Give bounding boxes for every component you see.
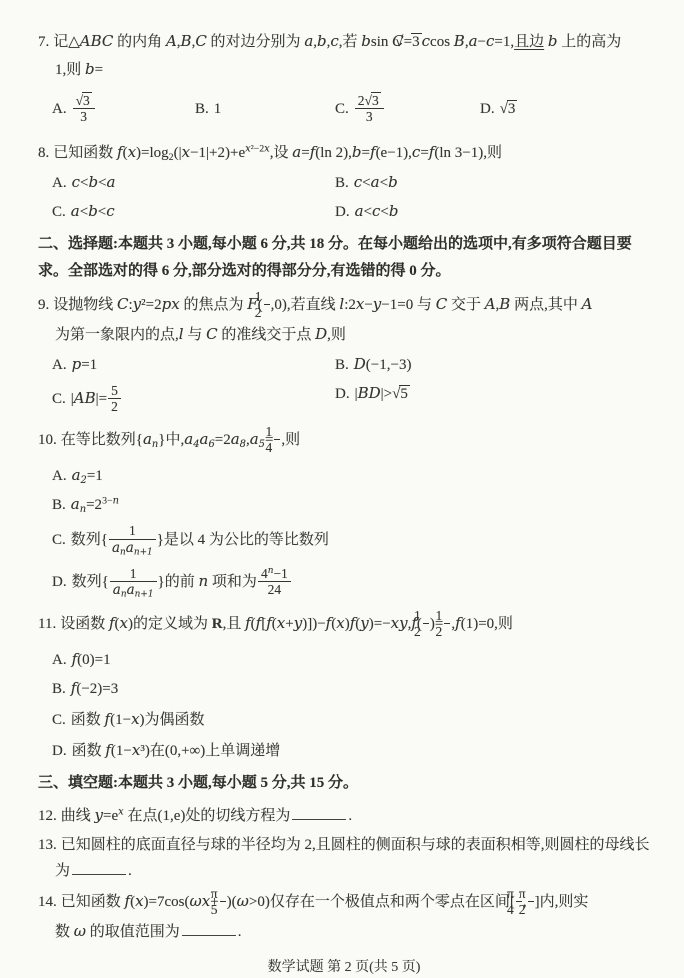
option-label: C. [52, 391, 66, 407]
question-12: 12.曲线 y=ex 在点(1,e)处的切线方程为. [38, 802, 650, 830]
question-number: 13. [38, 837, 57, 853]
question-14: 14.已知函数 f(x)=7cos(ωx+π5)(ω>0)仅存在一个极值点和两个… [38, 887, 650, 946]
option-a: A.√33 [52, 94, 195, 125]
option-text: a2=1 [72, 468, 103, 484]
option-text: an=23−n [71, 497, 119, 513]
option-text: 1 [214, 101, 222, 117]
option-label: A. [52, 175, 67, 191]
question-stem: 记△ABC 的内角 A,B,C 的对边分别为 a,b,c,若 bsin C=√3… [53, 34, 621, 78]
option-label: D. [52, 574, 67, 590]
option-label: A. [52, 101, 67, 117]
question-stem: 设抛物线 C:y²=2px 的焦点为 F(12,0),若直线 l:2x−y−1=… [53, 297, 592, 343]
option-text: D(−1,−3) [354, 357, 412, 373]
question-11-options: A.f(0)=1 B.f(−2)=3 C.函数 f(1−x)为偶函数 D.函数 … [52, 650, 650, 760]
option-a: A.c<b<a [52, 173, 335, 192]
option-text: 数列{1anan+1}是以 4 为公比的等比数列 [71, 532, 329, 548]
option-c: C.2√33 [335, 94, 480, 125]
option-text: √3 [500, 101, 518, 117]
option-b: B.f(−2)=3 [52, 679, 650, 698]
page-footer: 数学试题 第 2 页(共 5 页) [38, 956, 650, 976]
option-c: C.|AB|=52 [52, 384, 335, 415]
question-number: 7. [38, 34, 49, 50]
option-label: A. [52, 357, 67, 373]
option-text: p=1 [72, 357, 98, 373]
option-b: B.c<a<b [335, 173, 650, 192]
question-stem: 已知圆柱的底面直径与球的半径均为 2,且圆柱的侧面积与球的表面积相等,则圆柱的母… [55, 837, 650, 880]
question-8-options: A.c<b<a B.c<a<b C.a<b<c D.a<c<b [52, 173, 650, 221]
question-13: 13.已知圆柱的底面直径与球的半径均为 2,且圆柱的侧面积与球的表面积相等,则圆… [38, 832, 650, 885]
option-d: D.数列{1anan+1}的前 n 项和为4n−124 [52, 567, 650, 599]
option-label: B. [335, 175, 349, 191]
option-c: C.函数 f(1−x)为偶函数 [52, 708, 650, 729]
option-label: B. [52, 681, 66, 697]
exam-page: 7.记△ABC 的内角 A,B,C 的对边分别为 a,b,c,若 bsin C=… [0, 0, 684, 976]
option-label: D. [335, 204, 350, 220]
option-c: C.数列{1anan+1}是以 4 为公比的等比数列 [52, 524, 650, 556]
option-label: C. [52, 712, 66, 728]
option-d: D.a<c<b [335, 202, 650, 221]
question-9-options: A.p=1 B.D(−1,−3) C.|AB|=52 D.|BD|>√5 [52, 355, 650, 415]
option-label: B. [195, 101, 209, 117]
question-7: 7.记△ABC 的内角 A,B,C 的对边分别为 a,b,c,若 bsin C=… [38, 28, 650, 83]
option-text: |BD|>√5 [355, 386, 410, 402]
option-b: B.an=23−n [52, 495, 650, 514]
option-label: D. [335, 386, 350, 402]
option-text: a<c<b [355, 204, 399, 220]
question-number: 8. [38, 145, 49, 161]
question-11: 11.设函数 f(x)的定义域为 R,且 f(f[f(x+y)])−f(x)f(… [38, 609, 650, 640]
option-text: 数列{1anan+1}的前 n 项和为4n−124 [72, 574, 292, 590]
option-text: √33 [72, 101, 96, 117]
option-label: C. [52, 204, 66, 220]
option-label: D. [52, 743, 67, 759]
option-text: 函数 f(1−x)为偶函数 [71, 712, 205, 728]
question-number: 9. [38, 297, 49, 313]
question-stem: 已知函数 f(x)=log2(|x−1|+2)+ex²−2x,设 a=f(ln … [53, 145, 502, 161]
question-stem: 曲线 y=ex 在点(1,e)处的切线方程为. [61, 808, 352, 824]
question-number: 12. [38, 808, 57, 824]
option-label: A. [52, 652, 67, 668]
option-d: D.√3 [480, 101, 517, 118]
question-number: 11. [38, 616, 56, 632]
option-label: C. [335, 101, 349, 117]
option-text: a<b<c [71, 204, 115, 220]
option-text: |AB|=52 [71, 391, 122, 407]
question-stem: 设函数 f(x)的定义域为 R,且 f(f[f(x+y)])−f(x)f(y)=… [60, 616, 513, 632]
question-7-options: A.√33 B.1 C.2√33 D.√3 [52, 89, 650, 129]
option-text: f(−2)=3 [71, 681, 118, 697]
option-label: A. [52, 468, 67, 484]
question-stem: 在等比数列{an}中,a4a6=2a8,a5=14,则 [61, 432, 300, 448]
question-9: 9.设抛物线 C:y²=2px 的焦点为 F(12,0),若直线 l:2x−y−… [38, 290, 650, 349]
option-text: c<b<a [72, 175, 116, 191]
option-a: A.p=1 [52, 355, 335, 374]
option-label: D. [480, 101, 495, 117]
option-text: 2√33 [354, 101, 385, 117]
option-a: A.f(0)=1 [52, 650, 650, 669]
section-header-fill-blank: 三、填空题:本题共 3 小题,每小题 5 分,共 15 分。 [38, 770, 650, 797]
question-10-options: A.a2=1 B.an=23−n C.数列{1anan+1}是以 4 为公比的等… [52, 466, 650, 598]
option-d: D.函数 f(1−x³)在(0,+∞)上单调递增 [52, 739, 650, 760]
question-number: 10. [38, 432, 57, 448]
option-text: 函数 f(1−x³)在(0,+∞)上单调递增 [72, 743, 281, 759]
question-10: 10.在等比数列{an}中,a4a6=2a8,a5=14,则 [38, 425, 650, 456]
option-label: B. [52, 497, 66, 513]
option-d: D.|BD|>√5 [335, 384, 650, 415]
option-label: C. [52, 532, 66, 548]
option-a: A.a2=1 [52, 466, 650, 485]
option-b: B.D(−1,−3) [335, 355, 650, 374]
question-8: 8.已知函数 f(x)=log2(|x−1|+2)+ex²−2x,设 a=f(l… [38, 139, 650, 167]
option-label: B. [335, 357, 349, 373]
option-b: B.1 [195, 101, 335, 118]
option-text: f(0)=1 [72, 652, 111, 668]
option-c: C.a<b<c [52, 202, 335, 221]
question-stem: 已知函数 f(x)=7cos(ωx+π5)(ω>0)仅存在一个极值点和两个零点在… [55, 894, 588, 940]
option-text: c<a<b [354, 175, 398, 191]
question-number: 14. [38, 894, 57, 910]
section-header-multiple-choice: 二、选择题:本题共 3 小题,每小题 6 分,共 18 分。在每小题给出的选项中… [38, 231, 650, 285]
